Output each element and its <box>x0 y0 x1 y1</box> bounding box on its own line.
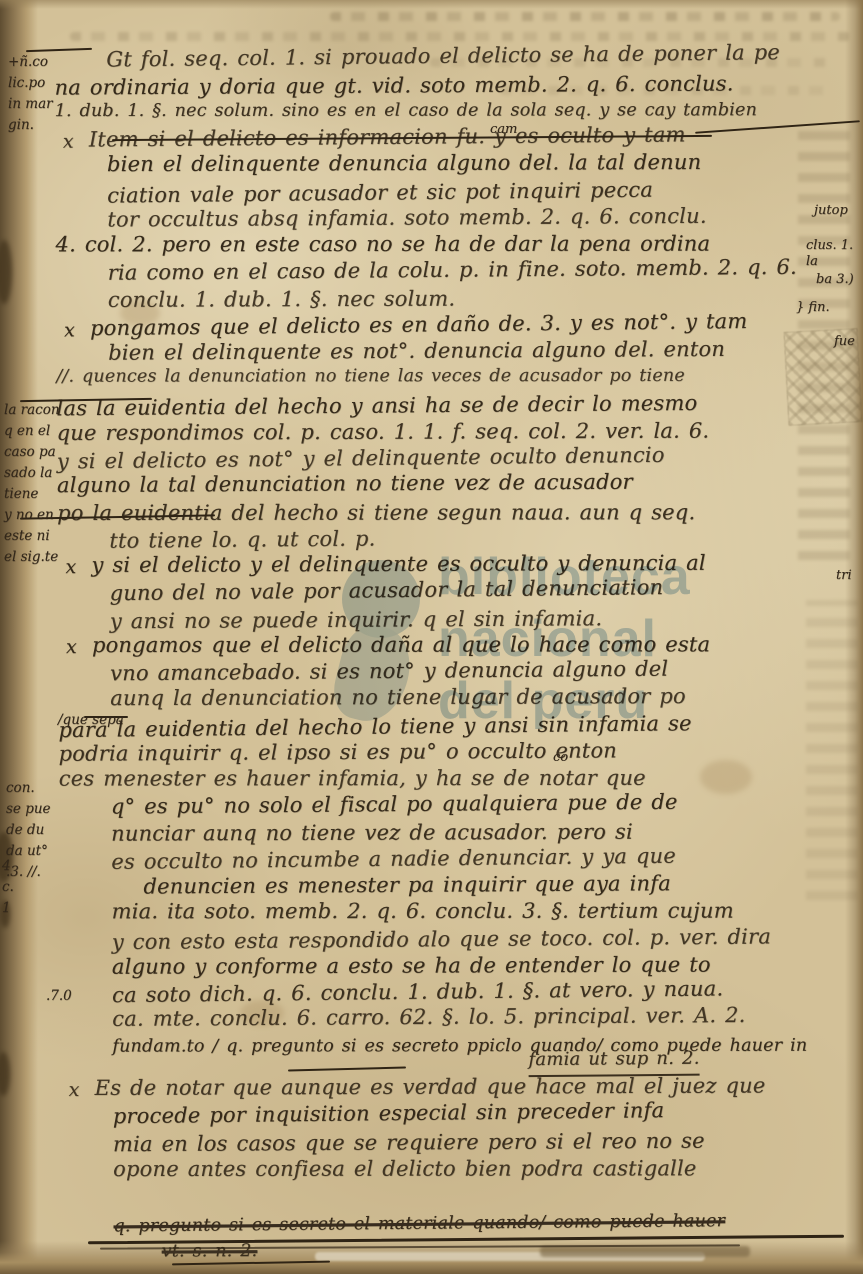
line-text: procede por inquisition especial sin pre… <box>113 1098 665 1128</box>
manuscript-line: ces menester es hauer infamia, y ha se d… <box>59 765 646 792</box>
line-text: bien el delinquente es not°. denuncia al… <box>108 337 725 365</box>
line-text: bien el delinquente denuncia alguno del.… <box>107 150 701 176</box>
manuscript-line: xEs de notar que aunque es verdad que ha… <box>95 1073 766 1102</box>
manuscript-line: bien el delinquente denuncia alguno del.… <box>107 149 701 178</box>
manuscript-line: alguno la tal denunciation no tiene vez … <box>57 469 633 499</box>
line-text: y con esto esta respondido alo que se to… <box>112 925 771 955</box>
line-text: guno del no vale por acusador la tal den… <box>109 575 663 605</box>
line-text: conclu. 1. dub. 1. §. nec solum. <box>108 287 455 312</box>
line-text: ria como en el caso de la colu. p. in fi… <box>108 254 797 284</box>
line-text: y si el delicto y el delinquente es occu… <box>91 551 705 577</box>
manuscript-line: opone antes confiesa el delicto bien pod… <box>113 1155 696 1182</box>
margin-note: /que sepa <box>58 710 124 731</box>
paragraph-mark: x <box>64 317 75 344</box>
line-text: denuncien es menester pa inquirir que ay… <box>143 871 671 898</box>
line-text: Item si el delicto es informacion fu. y … <box>89 123 686 152</box>
line-text: Es de notar que aunque es verdad que hac… <box>95 1074 766 1100</box>
line-text: 1. dub. 1. §. nec solum. sino es en el c… <box>55 101 757 122</box>
margin-note: ba 3.) <box>816 272 854 288</box>
line-text: q. pregunto si es secreto el materiale q… <box>113 1211 725 1236</box>
manuscript-line: vt. s. n. 2. <box>162 1238 258 1265</box>
manuscript-line: bien el delinquente es not°. denuncia al… <box>108 336 725 366</box>
line-text: vt. s. n. 2. <box>162 1241 258 1261</box>
manuscript-line: //. quences la denunciation no tiene las… <box>56 363 685 390</box>
line-text: que respondimos col. p. caso. 1. 1. f. s… <box>57 418 710 444</box>
manuscript-line: 4. col. 2. pero en este caso no se ha de… <box>55 231 710 259</box>
manuscript-line: po la euidentia del hecho si tiene segun… <box>57 499 695 526</box>
manuscript-page: Gt fol. seq. col. 1. si prouado el delic… <box>0 0 863 1274</box>
paragraph-mark: x <box>69 1077 80 1104</box>
line-text: na ordinaria y doria que gt. vid. soto m… <box>54 71 733 99</box>
line-text: aunq la denunciation no tiene lugar de a… <box>110 684 686 710</box>
manuscript-line: denuncien es menester pa inquirir que ay… <box>143 870 671 900</box>
line-text: las la euidentia del hecho y ansi ha se … <box>56 391 697 420</box>
manuscript-line: podria inquirir q. el ipso si es pu° o o… <box>59 738 618 768</box>
paragraph-mark: x <box>63 129 74 156</box>
interlinear-insertion: co <box>553 750 568 765</box>
line-text: tto tiene lo. q. ut col. p. <box>109 526 375 552</box>
manuscript-line: mia en los casos que se requiere pero si… <box>113 1127 705 1157</box>
line-text: ces menester es hauer infamia, y ha se d… <box>59 766 646 791</box>
manuscript-line: guno del no vale por acusador la tal den… <box>109 574 663 607</box>
line-text: famia ut sup n. 2. <box>528 1047 699 1069</box>
line-text: opone antes confiesa el delicto bien pod… <box>113 1156 696 1181</box>
line-text: tor occultus absq infamia. soto memb. 2.… <box>107 204 706 232</box>
line-text: Gt fol. seq. col. 1. si prouado el delic… <box>106 40 780 71</box>
line-text: mia en los casos que se requiere pero si… <box>113 1128 705 1156</box>
margin-note: .7.0 <box>46 986 72 1007</box>
manuscript-line: ria como en el caso de la colu. p. in fi… <box>108 253 797 286</box>
margin-note: clus. 1. la <box>806 238 863 270</box>
paragraph-mark: x <box>65 554 76 581</box>
line-text: ciation vale por acusador et sic pot inq… <box>107 177 653 207</box>
line-text: alguno y conforme a esto se ha de entend… <box>112 952 711 978</box>
line-text: nunciar aunq no tiene vez de acusador. p… <box>111 820 633 846</box>
manuscript-line: q° es pu° no solo el fiscal po qualquier… <box>111 788 678 820</box>
line-text: fundam.to / q. pregunto si es secreto pp… <box>112 1036 807 1057</box>
line-text: vno amancebado. si es not° y denuncia al… <box>110 657 668 686</box>
line-text: y ansi no se puede inquirir. q el sin in… <box>110 606 603 633</box>
margin-note: } fin. <box>796 300 830 316</box>
bleedthrough-ghost-text <box>330 12 840 21</box>
page-edge-top <box>0 0 863 9</box>
line-text: ca. mte. conclu. 6. carro. 62. §. lo. 5.… <box>112 1003 745 1031</box>
margin-note: +ñ.co lic.po in mar gin. <box>8 52 53 136</box>
line-text: //. quences la denunciation no tiene las… <box>56 366 685 387</box>
line-text: alguno la tal denunciation no tiene vez … <box>57 470 633 498</box>
manuscript-line: q. pregunto si es secreto el materiale q… <box>113 1208 725 1240</box>
manuscript-line: Gt fol. seq. col. 1. si prouado el delic… <box>106 39 780 73</box>
manuscript-line: tto tiene lo. q. ut col. p. <box>109 525 375 554</box>
manuscript-line: na ordinaria y doria que gt. vid. soto m… <box>54 70 733 101</box>
margin-note: tri <box>836 568 852 584</box>
line-text: po la euidentia del hecho si tiene segun… <box>57 500 695 525</box>
line-text: podria inquirir q. el ipso si es pu° o o… <box>59 739 618 766</box>
manuscript-line: tor occultus absq infamia. soto memb. 2.… <box>107 203 707 233</box>
paragraph-mark: x <box>66 635 77 662</box>
margin-note: la racon q en el caso pa sado la tiene y… <box>4 400 60 568</box>
interlinear-insertion: cam <box>490 122 517 137</box>
manuscript-line: conclu. 1. dub. 1. §. nec solum. <box>108 286 455 314</box>
manuscript-line: aunq la denunciation no tiene lugar de a… <box>110 683 686 712</box>
margin-note: jutop <box>814 203 848 219</box>
line-text: 4. col. 2. pero en este caso no se ha de… <box>55 232 710 257</box>
manuscript-line: fundam.to / q. pregunto si es secreto pp… <box>112 1033 807 1061</box>
manuscript-text-block: Gt fol. seq. col. 1. si prouado el delic… <box>54 42 847 1267</box>
manuscript-line: y ansi no se puede inquirir. q el sin in… <box>110 605 603 635</box>
manuscript-line: ca. mte. conclu. 6. carro. 62. §. lo. 5.… <box>112 1002 745 1033</box>
manuscript-line: mia. ita soto. memb. 2. q. 6. conclu. 3.… <box>112 897 734 924</box>
line-text: mia. ita soto. memb. 2. q. 6. conclu. 3.… <box>112 898 734 923</box>
margin-note: fue <box>834 334 855 350</box>
margin-note: 4 c. 1 <box>2 856 14 919</box>
line-text: q° es pu° no solo el fiscal po qualquier… <box>111 789 678 818</box>
line-text: es occulto no incumbe a nadie denunciar.… <box>111 844 676 874</box>
line-text: pongamos que el delicto daña al que lo h… <box>92 633 710 658</box>
manuscript-line: procede por inquisition especial sin pre… <box>113 1097 665 1130</box>
